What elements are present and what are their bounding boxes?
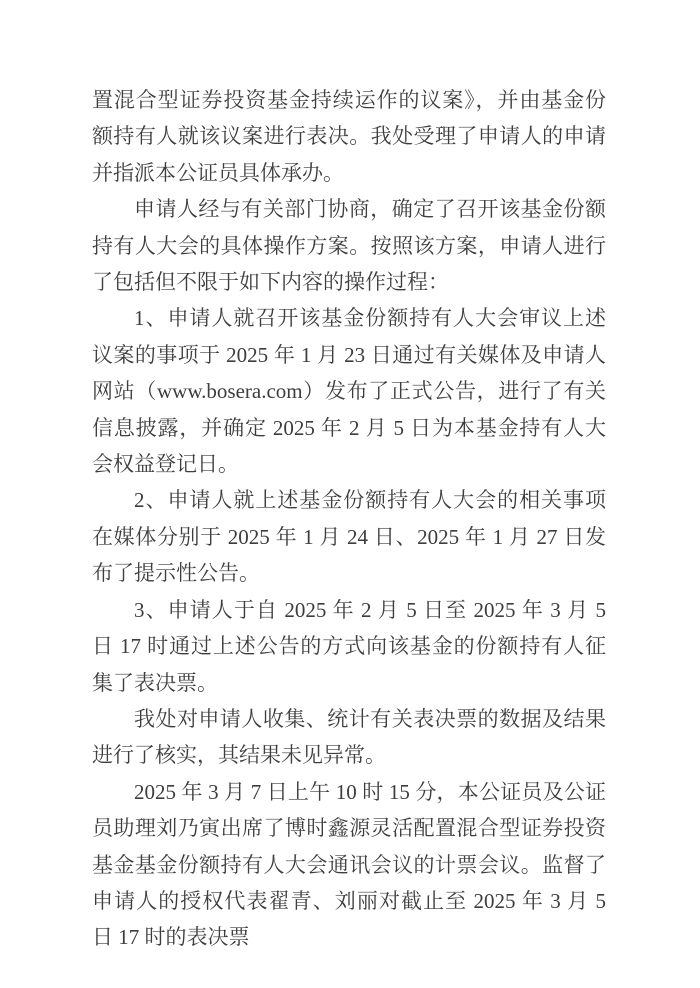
paragraph-continuation: 置混合型证券投资基金持续运作的议案》，并由基金份额持有人就该议案进行表决。我处受…: [92, 82, 606, 191]
paragraph: 我处对申请人收集、统计有关表决票的数据及结果进行了核实，其结果未见异常。: [92, 701, 606, 774]
document-page: 置混合型证券投资基金持续运作的议案》，并由基金份额持有人就该议案进行表决。我处受…: [0, 0, 700, 988]
paragraph: 2025 年 3 月 7 日上午 10 时 15 分，本公证员及公证员助理刘乃寅…: [92, 774, 606, 956]
paragraph-item-3: 3、申请人于自 2025 年 2 月 5 日至 2025 年 3 月 5 日 1…: [92, 592, 606, 701]
paragraph-item-2: 2、申请人就上述基金份额持有人大会的相关事项在媒体分别于 2025 年 1 月 …: [92, 482, 606, 591]
paragraph-item-1: 1、申请人就召开该基金份额持有人大会审议上述议案的事项于 2025 年 1 月 …: [92, 300, 606, 482]
document-text-block: 置混合型证券投资基金持续运作的议案》，并由基金份额持有人就该议案进行表决。我处受…: [92, 82, 606, 956]
paragraph: 申请人经与有关部门协商，确定了召开该基金份额持有人大会的具体操作方案。按照该方案…: [92, 191, 606, 300]
